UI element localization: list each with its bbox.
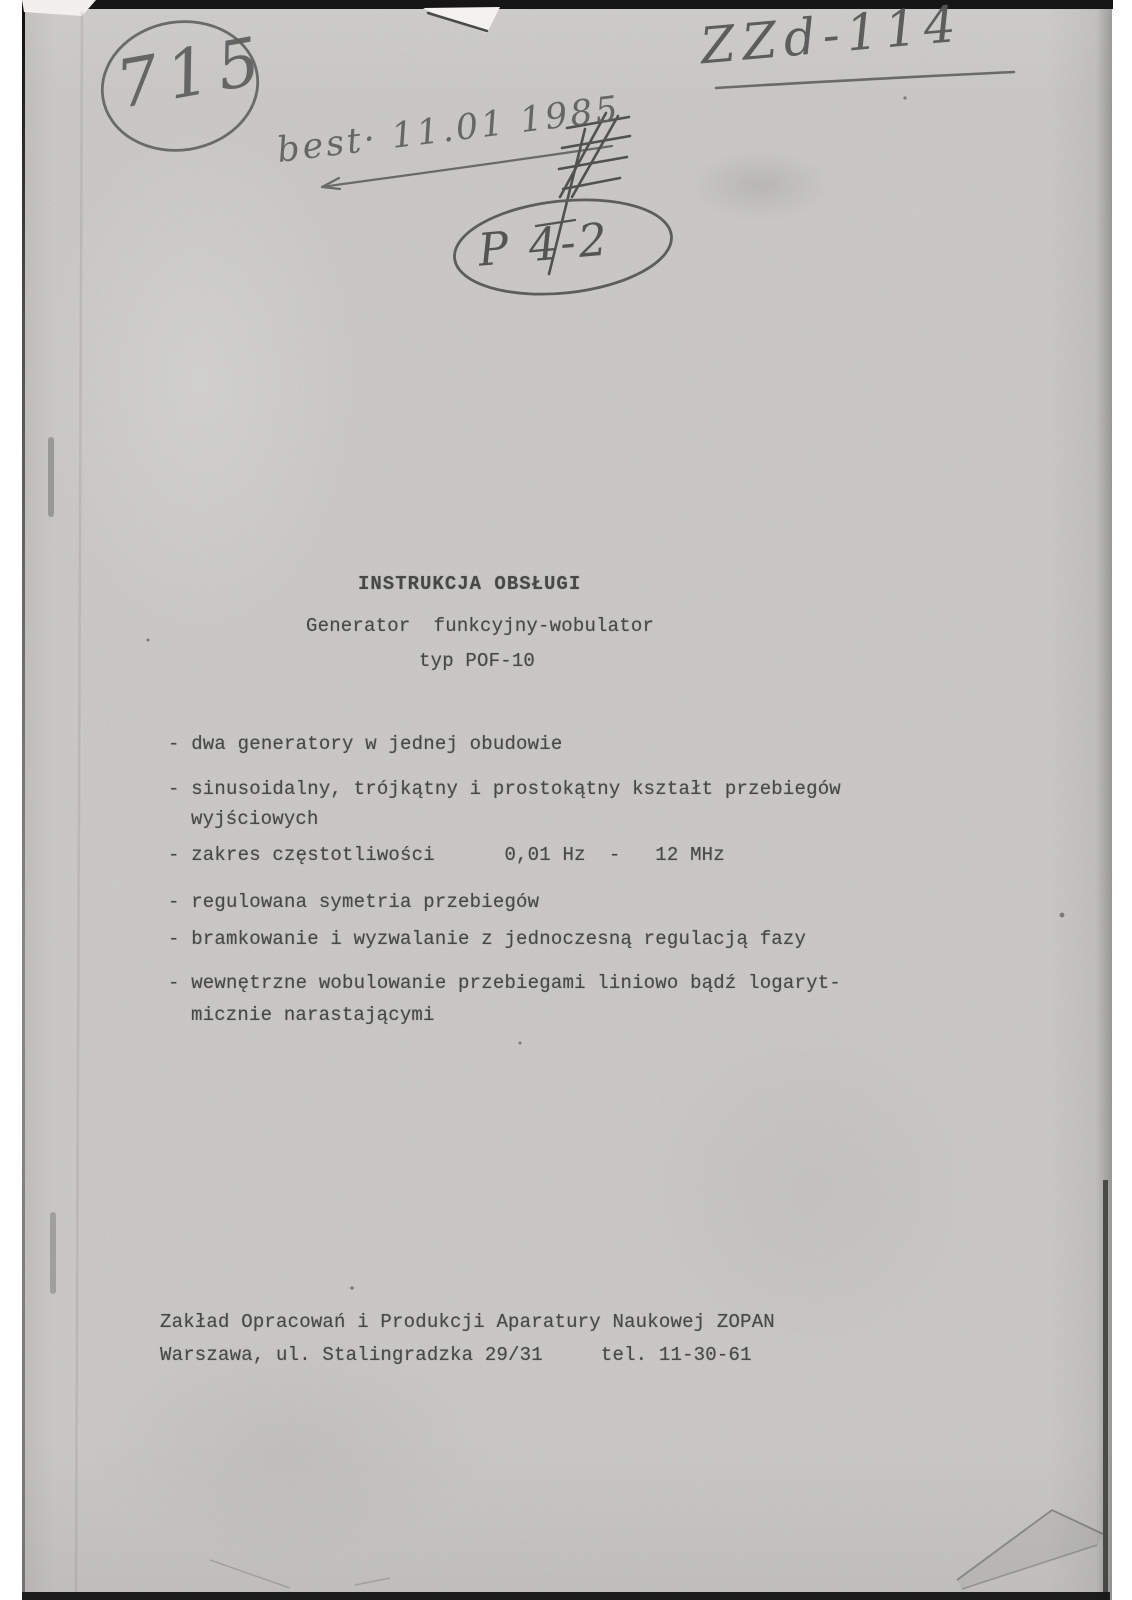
feature-line-6-wrap: micznie narastającymi bbox=[191, 1003, 435, 1027]
feature-line-2: - sinusoidalny, trójkątny i prostokątny … bbox=[168, 777, 841, 801]
scan-edge-left bbox=[22, 0, 25, 1600]
feature-line-1: - dwa generatory w jednej obudowie bbox=[168, 732, 562, 756]
scan-edge-right bbox=[1103, 1180, 1108, 1600]
feature-line-4: - regulowana symetria przebiegów bbox=[168, 890, 539, 914]
feature-line-2-wrap: wyjściowych bbox=[191, 807, 319, 831]
scan-edge-bottom bbox=[22, 1592, 1110, 1600]
feature-line-3: - zakres częstotliwości 0,01 Hz - 12 MHz bbox=[168, 843, 725, 867]
scanned-document-page: 715 best· 11.01 1985 ZZd-114 P 4-2 INSTR… bbox=[0, 0, 1132, 1600]
feature-line-6: - wewnętrzne wobulowanie przebiegami lin… bbox=[168, 971, 841, 995]
doc-title-line3: typ POF-10 bbox=[419, 649, 535, 673]
address-phone-line: Warszawa, ul. Stalingradzka 29/31 tel. 1… bbox=[160, 1343, 752, 1367]
doc-title-line1: INSTRUKCJA OBSŁUGI bbox=[358, 572, 581, 596]
feature-line-5: - bramkowanie i wyzwalanie z jednoczesną… bbox=[168, 927, 806, 951]
manufacturer-line: Zakład Opracowań i Produkcji Aparatury N… bbox=[160, 1310, 775, 1334]
doc-title-line2: Generator funkcyjny-wobulator bbox=[306, 614, 654, 638]
